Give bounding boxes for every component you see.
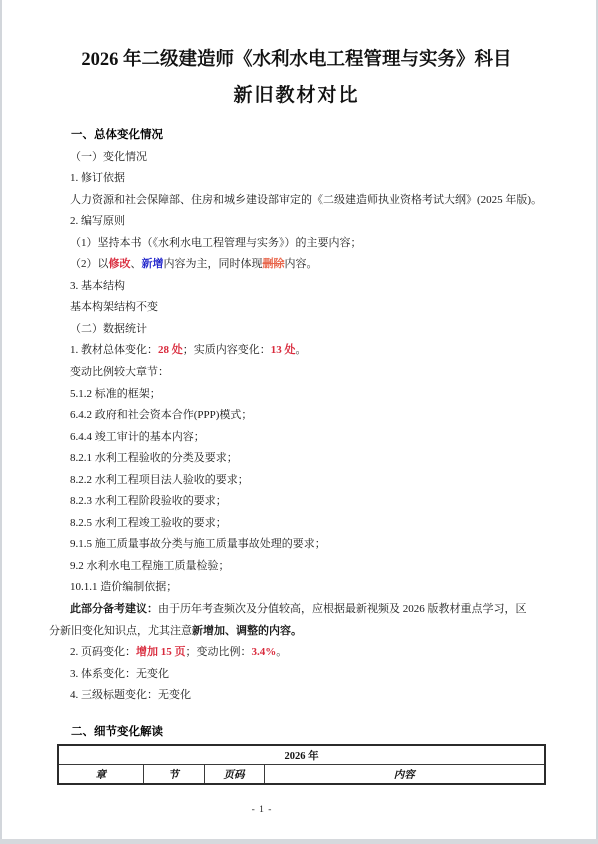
chapter-item: 8.2.5 水利工程竣工验收的要求； xyxy=(49,513,544,535)
text-run: 1. 教材总体变化： xyxy=(70,344,158,356)
advice-label: 此部分备考建议： xyxy=(70,603,158,615)
chapter-item: 10.1.1 造价编制依据； xyxy=(49,577,544,599)
stat-value: 增加 15 页 xyxy=(136,646,186,658)
page-bottom-edge xyxy=(0,839,598,844)
chapters-intro: 变动比例较大章节： xyxy=(49,362,544,384)
section-1-heading: 一、总体变化情况 xyxy=(49,125,544,147)
document-content: 2026 年二级建造师《水利水电工程管理与实务》科目 新旧教材对比 一、总体变化… xyxy=(49,0,544,785)
subsection-2-heading: （二）数据统计 xyxy=(49,319,544,341)
chapter-item: 9.2 水利水电工程施工质量检验； xyxy=(49,556,544,578)
col-header-chapter: 章 xyxy=(58,765,143,785)
item-3-body: 基本构架结构不变 xyxy=(49,297,544,319)
chapter-item: 6.4.2 政府和社会资本合作(PPP)模式； xyxy=(49,405,544,427)
text-run: 。 xyxy=(296,344,307,356)
text-run: ；实质内容变化： xyxy=(183,344,271,356)
chapter-item: 8.2.1 水利工程验收的分类及要求； xyxy=(49,448,544,470)
table-year-row: 2026 年 xyxy=(58,745,545,765)
stat-total-changes: 1. 教材总体变化：28 处；实质内容变化：13 处。 xyxy=(49,340,544,362)
stat-system-changes: 3. 体系变化：无变化 xyxy=(49,664,544,686)
item-1-body: 人力资源和社会保障部、住房和城乡建设部审定的《二级建造师执业资格考试大纲》(20… xyxy=(49,190,544,212)
doc-title-line2: 新旧教材对比 xyxy=(49,82,544,110)
chapter-item: 8.2.2 水利工程项目法人验收的要求； xyxy=(49,470,544,492)
col-header-section: 节 xyxy=(143,765,204,785)
col-header-page: 页码 xyxy=(204,765,264,785)
page-left-edge xyxy=(0,0,2,844)
document-page: 2026 年二级建造师《水利水电工程管理与实务》科目 新旧教材对比 一、总体变化… xyxy=(0,0,598,844)
advice-line-1: 此部分备考建议：由于历年考查频次及分值较高，应根据最新视频及 2026 版教材重… xyxy=(49,599,544,621)
advice-bold-run: 新增加、调整的内容。 xyxy=(192,625,302,637)
text-run: 。 xyxy=(276,646,287,658)
chapter-item: 8.2.3 水利工程阶段验收的要求； xyxy=(49,491,544,513)
stat-value: 28 处 xyxy=(158,344,183,356)
text-run: 2. 页码变化： xyxy=(70,646,136,658)
table-header-row: 章 节 页码 内容 xyxy=(58,765,545,785)
section-1: 一、总体变化情况 （一）变化情况 1. 修订依据 人力资源和社会保障部、住房和城… xyxy=(49,125,544,707)
chapter-item: 9.1.5 施工质量事故分类与施工质量事故处理的要求； xyxy=(49,534,544,556)
comparison-table: 2026 年 章 节 页码 内容 xyxy=(57,744,546,785)
chapter-item: 5.1.2 标准的框架； xyxy=(49,384,544,406)
stat-value: 3.4% xyxy=(252,646,277,658)
item-1-title: 1. 修订依据 xyxy=(49,168,544,190)
item-3-title: 3. 基本结构 xyxy=(49,276,544,298)
text-run: 分新旧变化知识点，尤其注意 xyxy=(49,625,192,637)
stat-page-changes: 2. 页码变化：增加 15 页；变动比例：3.4%。 xyxy=(49,642,544,664)
modify-keyword: 修改 xyxy=(109,258,131,270)
advice-line-2: 分新旧变化知识点，尤其注意新增加、调整的内容。 xyxy=(49,621,544,643)
subsection-1-heading: （一）变化情况 xyxy=(49,147,544,169)
text-run: 由于历年考查频次及分值较高，应根据最新视频及 2026 版教材重点学习，区 xyxy=(158,603,527,615)
text-run: （2）以 xyxy=(70,258,109,270)
section-2-heading: 二、细节变化解读 xyxy=(49,722,544,744)
text-run: 、 xyxy=(131,258,142,270)
stat-value: 13 处 xyxy=(271,344,296,356)
text-run: 内容为主，同时体现 xyxy=(164,258,263,270)
chapter-item: 6.4.4 竣工审计的基本内容； xyxy=(49,427,544,449)
item-2-title: 2. 编写原则 xyxy=(49,211,544,233)
new-keyword: 新增 xyxy=(142,258,164,270)
page-number: - 1 - xyxy=(197,805,327,815)
doc-title-line1: 2026 年二级建造师《水利水电工程管理与实务》科目 xyxy=(49,46,544,74)
table-year-header: 2026 年 xyxy=(58,745,545,765)
text-run: 内容。 xyxy=(285,258,318,270)
principle-2: （2）以修改、新增内容为主，同时体现删除内容。 xyxy=(49,254,544,276)
stat-heading-changes: 4. 三级标题变化：无变化 xyxy=(49,685,544,707)
text-run: ；变动比例： xyxy=(186,646,252,658)
col-header-content: 内容 xyxy=(264,765,545,785)
principle-1: （1）坚持本书（《水利水电工程管理与实务》）的主要内容； xyxy=(49,233,544,255)
delete-keyword: 删除 xyxy=(263,258,285,270)
